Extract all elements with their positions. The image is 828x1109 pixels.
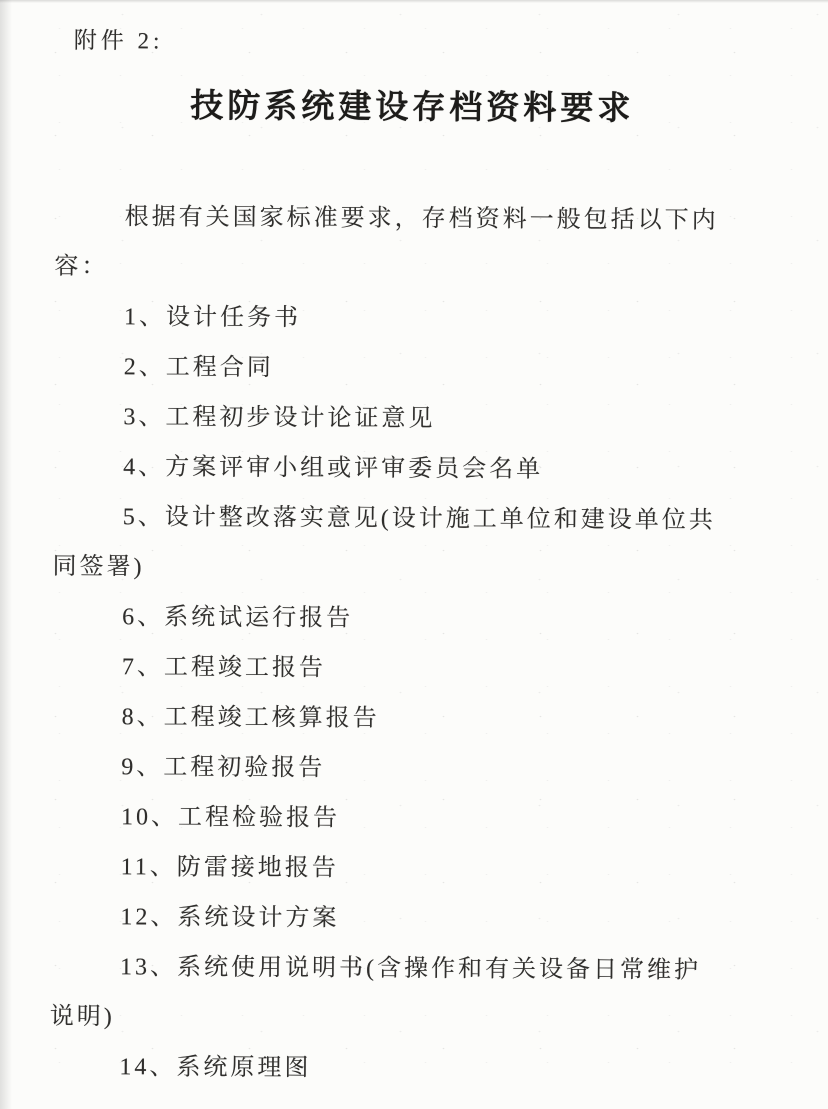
document-body: 根据有关国家标准要求，存档资料一般包括以下内 容： 1、设计任务书 2、工程合同…: [49, 192, 768, 1096]
list-item-line: 6、系统试运行报告: [52, 592, 766, 646]
scanned-document-page: 附件 2: 技防系统建设存档资料要求 根据有关国家标准要求，存档资料一般包括以下…: [0, 0, 828, 1109]
list-item: 3、工程初步设计论证意见: [53, 392, 767, 446]
list-item-wrap-line: 说明): [50, 992, 764, 1046]
list-item: 10、工程检验报告: [51, 792, 765, 846]
list-item-line: 13、系统使用说明书(含操作和有关设备日常维护: [50, 942, 764, 996]
list-item-line: 9、工程初验报告: [51, 742, 765, 796]
list-item: 6、系统试运行报告: [52, 592, 766, 646]
list-item-line: 12、系统设计方案: [50, 892, 764, 946]
intro-line-2: 容：: [54, 242, 768, 296]
list-item: 9、工程初验报告: [51, 742, 765, 796]
document-content: 附件 2: 技防系统建设存档资料要求 根据有关国家标准要求，存档资料一般包括以下…: [0, 0, 828, 1097]
intro-paragraph: 根据有关国家标准要求，存档资料一般包括以下内 容：: [54, 192, 769, 296]
list-item-line: 5、设计整改落实意见(设计施工单位和建设单位共: [53, 492, 767, 546]
list-item-line: 14、系统原理图: [49, 1042, 763, 1096]
document-title: 技防系统建设存档资料要求: [55, 84, 769, 132]
list-item: 7、工程竣工报告: [52, 642, 766, 696]
list-item: 2、工程合同: [54, 342, 768, 396]
list-item-line: 3、工程初步设计论证意见: [53, 392, 767, 446]
list-item-line: 7、工程竣工报告: [52, 642, 766, 696]
archive-materials-list: 1、设计任务书 2、工程合同 3、工程初步设计论证意见 4、方案评审小组或评审委…: [49, 292, 768, 1096]
list-item-line: 1、设计任务书: [54, 292, 768, 346]
list-item-line: 11、防雷接地报告: [51, 842, 765, 896]
list-item: 13、系统使用说明书(含操作和有关设备日常维护 说明): [50, 942, 765, 1046]
list-item-line: 10、工程检验报告: [51, 792, 765, 846]
list-item: 1、设计任务书: [54, 292, 768, 346]
list-item: 8、工程竣工核算报告: [51, 692, 765, 746]
intro-line-1: 根据有关国家标准要求，存档资料一般包括以下内: [55, 192, 769, 246]
list-item-line: 2、工程合同: [54, 342, 768, 396]
list-item-wrap-line: 同签署): [52, 542, 766, 596]
list-item-line: 4、方案评审小组或评审委员会名单: [53, 442, 767, 496]
attachment-label: 附件 2:: [74, 24, 770, 62]
list-item: 14、系统原理图: [49, 1042, 763, 1096]
list-item: 11、防雷接地报告: [51, 842, 765, 896]
list-item: 12、系统设计方案: [50, 892, 764, 946]
list-item: 4、方案评审小组或评审委员会名单: [53, 442, 767, 496]
list-item-line: 8、工程竣工核算报告: [51, 692, 765, 746]
list-item: 5、设计整改落实意见(设计施工单位和建设单位共 同签署): [52, 492, 767, 596]
